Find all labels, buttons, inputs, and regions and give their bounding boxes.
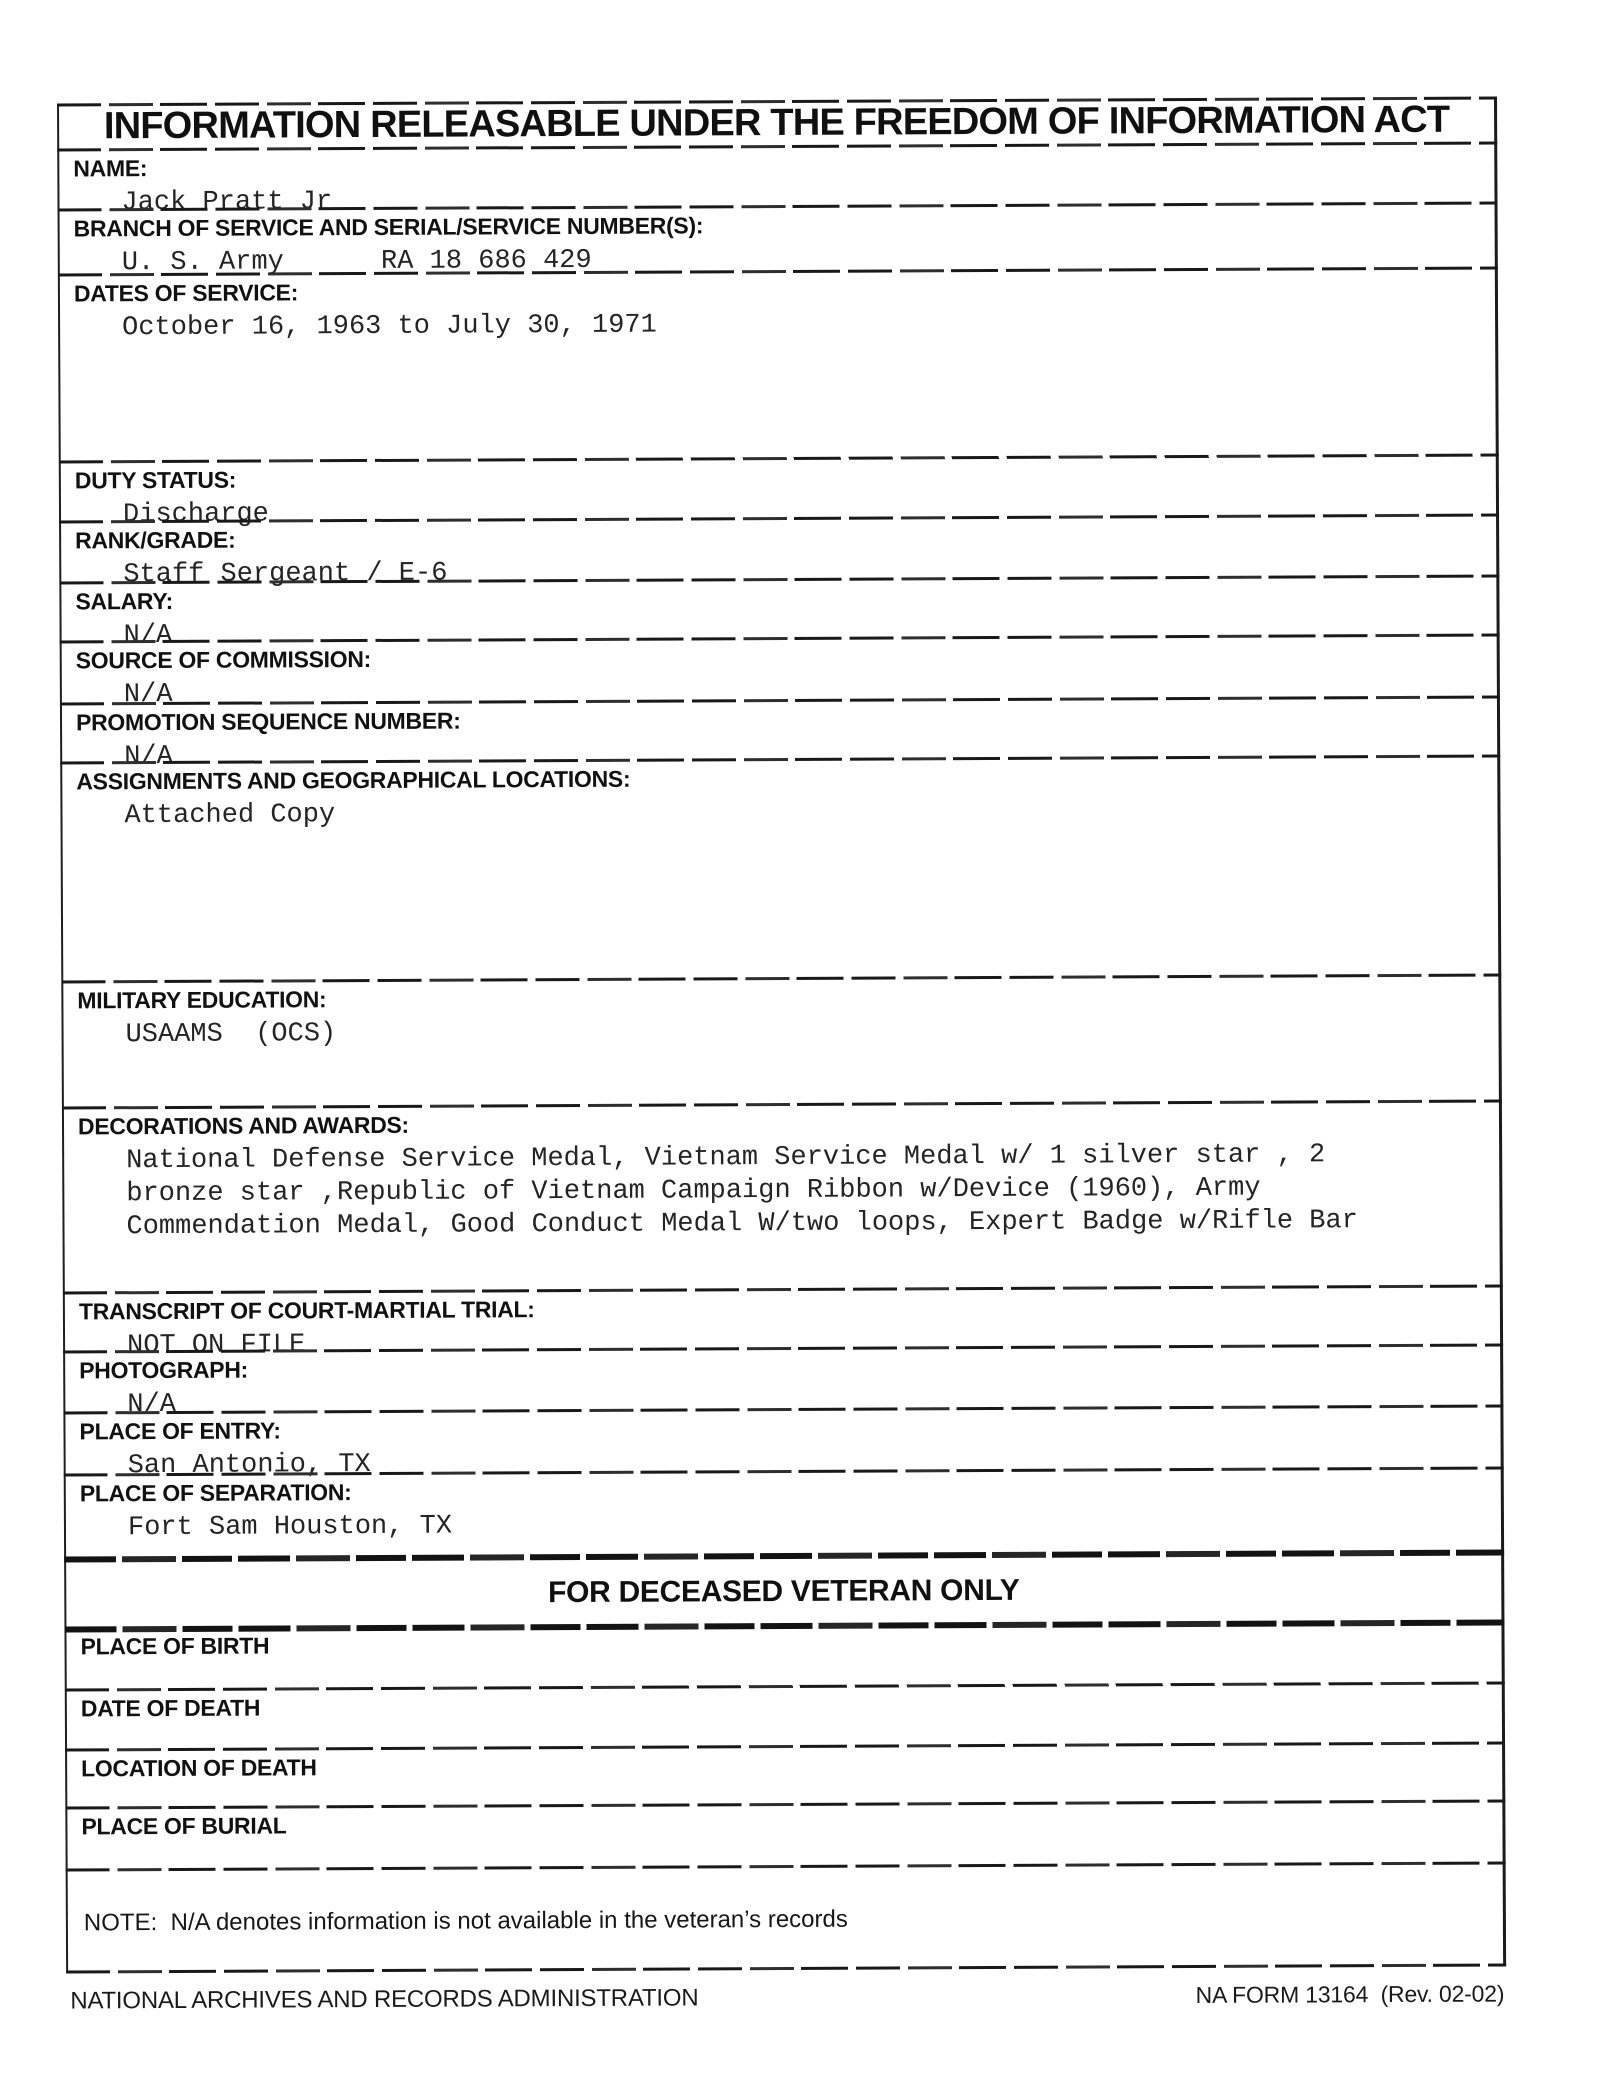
field-row-court-martial-transcript: TRANSCRIPT OF COURT-MARTIAL TRIAL: NOT O… — [65, 1284, 1500, 1350]
form-number: NA FORM 13164 (Rev. 02-02) — [1196, 1980, 1505, 2009]
field-value: Attached Copy — [76, 794, 1483, 834]
form-title: INFORMATION RELEASABLE UNDER THE FREEDOM… — [104, 99, 1450, 149]
field-row-name: NAME: Jack Pratt Jr — [59, 141, 1494, 208]
field-label: PLACE OF BIRTH — [80, 1627, 1487, 1661]
field-row-place-of-burial: PLACE OF BURIAL — [67, 1799, 1502, 1868]
field-row-location-of-death: LOCATION OF DEATH — [67, 1741, 1502, 1806]
field-label: NAME: — [73, 149, 1480, 183]
field-label: DUTY STATUS: — [75, 461, 1482, 495]
field-label: PLACE OF ENTRY: — [79, 1412, 1486, 1446]
field-label: PROMOTION SEQUENCE NUMBER: — [76, 703, 1483, 737]
field-row-assignments-locations: ASSIGNMENTS AND GEOGRAPHICAL LOCATIONS: … — [62, 754, 1498, 980]
field-label: MILITARY EDUCATION: — [77, 981, 1484, 1015]
form-footer: NATIONAL ARCHIVES AND RECORDS ADMINISTRA… — [66, 1980, 1506, 2015]
deceased-section-header: FOR DECEASED VETERAN ONLY — [548, 1573, 1020, 1609]
note-text: NOTE: N/A denotes information is not ava… — [82, 1869, 1489, 1938]
field-value: National Defense Service Medal, Vietnam … — [78, 1139, 1485, 1245]
field-row-branch-serial: BRANCH OF SERVICE AND SERIAL/SERVICE NUM… — [60, 201, 1495, 273]
field-value: Fort Sam Houston, TX — [80, 1506, 1487, 1546]
field-label: RANK/GRADE: — [75, 521, 1482, 555]
field-row-promotion-sequence-number: PROMOTION SEQUENCE NUMBER: N/A — [62, 695, 1497, 761]
foia-release-form: INFORMATION RELEASABLE UNDER THE FREEDOM… — [57, 96, 1506, 2015]
field-label: BRANCH OF SERVICE AND SERIAL/SERVICE NUM… — [74, 209, 1481, 243]
field-row-place-of-separation: PLACE OF SEPARATION: Fort Sam Houston, T… — [66, 1466, 1501, 1556]
field-label: PLACE OF BURIAL — [81, 1807, 1488, 1841]
deceased-section-header-row: FOR DECEASED VETERAN ONLY — [66, 1549, 1501, 1626]
field-row-source-of-commission: SOURCE OF COMMISSION: N/A — [62, 633, 1497, 702]
field-label: ASSIGNMENTS AND GEOGRAPHICAL LOCATIONS: — [76, 762, 1483, 796]
agency-name: NATIONAL ARCHIVES AND RECORDS ADMINISTRA… — [70, 1984, 698, 2015]
scanned-form-page: INFORMATION RELEASABLE UNDER THE FREEDOM… — [0, 0, 1608, 2080]
field-label: DATE OF DEATH — [81, 1689, 1488, 1723]
field-row-place-of-birth: PLACE OF BIRTH — [66, 1619, 1501, 1688]
field-row-duty-status: DUTY STATUS: Discharge — [61, 453, 1496, 520]
field-label: PHOTOGRAPH: — [79, 1351, 1486, 1385]
field-label: SALARY: — [75, 582, 1482, 616]
form-title-row: INFORMATION RELEASABLE UNDER THE FREEDOM… — [59, 96, 1494, 148]
field-label: DATES OF SERVICE: — [74, 274, 1481, 308]
field-label: TRANSCRIPT OF COURT-MARTIAL TRIAL: — [79, 1292, 1486, 1326]
field-row-salary: SALARY: N/A — [61, 574, 1496, 640]
field-row-decorations-awards: DECORATIONS AND AWARDS: National Defense… — [64, 1099, 1500, 1291]
field-row-military-education: MILITARY EDUCATION: USAAMS (OCS) — [63, 973, 1499, 1106]
field-label: DECORATIONS AND AWARDS: — [78, 1107, 1485, 1141]
field-label: PLACE OF SEPARATION: — [80, 1474, 1487, 1508]
field-row-date-of-death: DATE OF DEATH — [67, 1681, 1502, 1748]
field-label: SOURCE OF COMMISSION: — [76, 641, 1483, 675]
form-table: INFORMATION RELEASABLE UNDER THE FREEDOM… — [57, 96, 1506, 1973]
field-row-dates-of-service: DATES OF SERVICE: October 16, 1963 to Ju… — [60, 266, 1496, 460]
field-row-rank-grade: RANK/GRADE: Staff Sergeant / E-6 — [61, 513, 1496, 581]
field-row-photograph: PHOTOGRAPH: N/A — [65, 1343, 1500, 1411]
field-row-place-of-entry: PLACE OF ENTRY: San Antonio, TX — [65, 1404, 1500, 1473]
field-value: USAAMS (OCS) — [77, 1013, 1484, 1053]
field-value: October 16, 1963 to July 30, 1971 — [74, 306, 1481, 346]
field-label: LOCATION OF DEATH — [81, 1749, 1488, 1783]
note-row: NOTE: N/A denotes information is not ava… — [68, 1861, 1503, 1973]
